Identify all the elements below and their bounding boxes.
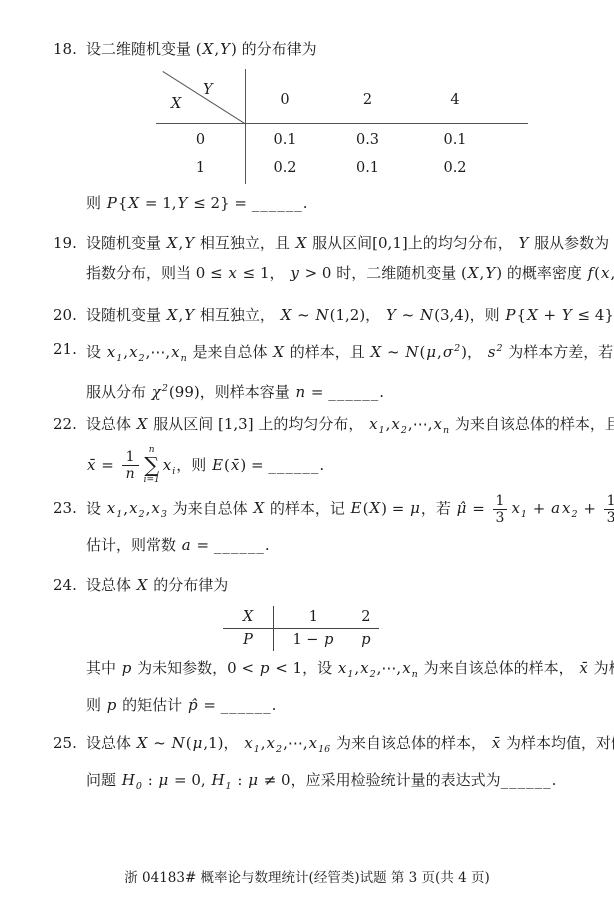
math-variable: x [106,499,116,517]
math-text: 相互独立，且 [195,234,295,252]
question-text-line: x̄ = 1nn∑i=1xi，则 E(x̄) = ______. [86,446,594,487]
math-subscript: 3 [161,509,168,520]
answer-blank: ______ [268,456,319,474]
question-item: 25.设总体 X ~ N(μ,1)， x1,x2,⋯,x16 为来自该总体的样本… [53,728,594,802]
fraction-numerator: 1 [604,493,614,509]
math-text: 设总体 [86,576,136,594]
math-variable: n [294,383,306,401]
math-variable: X [368,499,381,517]
math-subscript: 1 [379,425,386,436]
math-text: ≤ 4} = [573,306,614,324]
math-variable: X [272,343,285,361]
math-text: = [192,536,214,554]
question-number: 20. [53,300,86,330]
table-row: 10.20.10.2 [156,154,528,182]
question-text-line: 设随机变量 X,Y 相互独立， X ~ N(1,2)， Y ~ N(3,4)，则… [86,300,594,330]
math-text: 则 [86,696,106,714]
table-row: P1 − pp [223,629,379,652]
question-number: 22. [53,409,86,439]
math-text: 设 [86,499,106,517]
question-body: 设总体 X 服从区间 [1,3] 上的均匀分布， x1,x2,⋯,xn 为来自该… [86,409,594,487]
math-variable: x [170,343,180,361]
math-variable: μ [425,343,437,361]
question-body: 设 x1,x2,x3 为来自总体 X 的样本，记 E(X) = μ，若 μ̂ =… [86,493,594,561]
math-variable: p̂ [187,696,199,714]
math-text: ~ [397,306,419,324]
answer-blank: ______ [328,383,379,401]
question-body: 设随机变量 X,Y 相互独立， X ~ N(1,2)， Y ~ N(3,4)，则… [86,300,594,330]
math-text: ) 的分布律为 [231,40,317,58]
fraction-denominator: 3 [604,509,614,526]
math-text: 1 [496,493,505,509]
math-text: 为来自该总体的样本，且 [450,415,614,433]
math-variable: x [308,734,318,752]
math-variable: x [561,499,571,517]
question-item: 18.设二维随机变量 (X,Y) 的分布律为YX02400.10.30.110.… [53,34,594,218]
math-variable: Y [484,264,496,282]
math-text: 估计，则常数 [86,536,181,554]
math-variable: N [171,734,186,752]
exam-page: 18.设二维随机变量 (X,Y) 的分布律为YX02400.10.30.110.… [0,0,614,921]
math-variable: x [510,499,520,517]
question-item: 20.设随机变量 X,Y 相互独立， X ~ N(1,2)， Y ~ N(3,4… [53,300,594,330]
math-text: > 0 时，二维随机变量 ( [300,264,467,282]
probability-value-cell: 0.1 [410,126,500,154]
row-label-cell: 1 [156,154,245,182]
math-text: 1 [126,449,135,465]
math-text: (99)，则样本容量 [169,383,295,401]
math-text: 为来自总体 [168,499,253,517]
math-text: . [552,771,557,789]
question-number: 25. [53,728,86,758]
math-variable: a [550,499,561,517]
row-label-cell: 0 [156,126,245,154]
math-text: , [611,264,614,282]
math-text: ,1)， [203,734,243,752]
math-text: ，则 [176,456,211,474]
math-variable: P [504,306,516,324]
math-variable: s [487,343,497,361]
math-variable: x̄ [491,734,501,752]
math-text: . [303,194,308,212]
math-variable: E [211,456,224,474]
math-text: 的分布律为 [148,576,228,594]
table-cell: P [223,629,274,652]
probability-value-cell: 0.2 [410,154,500,182]
math-text: ) 的概率密度 [496,264,586,282]
table-horizontal-line [156,123,528,124]
math-variable: X [166,306,179,324]
question-text-line: 设 x1,x2,⋯,xn 是来自总体 X 的样本，且 X ~ N(μ,σ2)， … [86,334,594,374]
math-fraction: 1n [122,449,139,482]
math-text: ~ [292,306,314,324]
math-variable: μ̂ [456,499,468,517]
math-text: + [528,499,550,517]
math-text: = [96,456,118,474]
math-text: 为样本均值，对假设检验 [501,734,614,752]
math-subscript: 2 [139,353,146,364]
math-variable: E [350,499,363,517]
math-fraction: 13 [604,493,614,526]
math-text: 为样本均值， [589,659,614,677]
math-variable: Y [177,194,189,212]
math-text: . [265,536,270,554]
math-text: 问题 [86,771,121,789]
math-variable: H [210,771,225,789]
math-variable: p [106,696,118,714]
math-variable: P [106,194,118,212]
math-text: = [199,696,221,714]
math-text: 1 [309,609,318,625]
math-variable: P [242,632,254,648]
math-text: 为样本方差，若 [504,343,614,361]
table-header-row: 024 [156,88,528,112]
math-variable: x [337,659,347,677]
math-text: { [118,194,128,212]
math-text: ,⋯, [146,343,171,361]
math-subscript: 1 [226,781,233,792]
math-text: 则 [86,194,106,212]
math-variable: X [295,234,308,252]
question-number: 18. [53,34,86,64]
math-subscript: 2 [276,744,283,755]
math-variable: μ [158,771,170,789]
math-subscript: 16 [318,744,331,755]
probability-value-cell: 0.1 [245,126,325,154]
page-footer: 浙 04183# 概率论与数理统计(经管类)试题 第 3 页(共 4 页) [0,866,614,886]
math-text: ) = [381,499,409,517]
math-text: ，若 [421,499,456,517]
math-variable: X [202,40,215,58]
math-text: (1,2)， [330,306,385,324]
distribution-table: X12P1 − pp [223,606,379,651]
questions-list: 18.设二维随机变量 (X,Y) 的分布律为YX02400.10.30.110.… [53,34,594,802]
math-text: 是来自总体 [188,343,273,361]
question-body: 设 x1,x2,⋯,xn 是来自总体 X 的样本，且 X ~ N(μ,σ2)， … [86,334,594,407]
math-text: = [306,383,328,401]
math-superscript: 2 [496,343,503,354]
math-text: 服从参数为 1 的 [529,234,614,252]
math-text: )， [461,343,487,361]
summation: n∑i=1 [144,446,160,486]
question-text-line: 设二维随机变量 (X,Y) 的分布律为 [86,34,594,64]
table-cell: 1 [274,606,353,629]
math-text: : [143,771,158,789]
question-item: 24.设总体 X 的分布律为X12P1 − pp其中 p 为未知参数，0 < p… [53,570,594,720]
math-text: ,⋯, [377,659,402,677]
question-text-line: 服从分布 χ2(99)，则样本容量 n = ______. [86,374,594,407]
question-text-line: 估计，则常数 a = ______. [86,530,594,560]
math-variable: x [600,264,610,282]
math-text: ( [186,734,192,752]
corner-spacer [156,88,245,112]
math-text: 2 [361,609,370,625]
math-text: ≤ 1， [238,264,289,282]
math-text: 的样本，记 [265,499,350,517]
math-variable: x [432,415,442,433]
math-subscript: n [443,425,450,436]
math-variable: Y [183,234,195,252]
math-text: 服从区间[0,1]上的均匀分布， [307,234,517,252]
math-text: 服从区间 [1,3] 上的均匀分布， [148,415,368,433]
question-body: 设随机变量 X,Y 相互独立，且 X 服从区间[0,1]上的均匀分布， Y 服从… [86,228,594,288]
question-body: 设总体 X 的分布律为X12P1 − pp其中 p 为未知参数，0 < p < … [86,570,594,720]
math-fraction: 13 [493,493,508,526]
math-text: = [467,499,489,517]
math-variable: X [136,734,149,752]
math-variable: x [227,264,237,282]
math-subscript: 2 [401,425,408,436]
math-variable: y [289,264,299,282]
answer-blank: ______ [221,696,272,714]
probability-value-cell: 0.2 [245,154,325,182]
math-variable: x [162,456,172,474]
math-text: , [261,734,266,752]
question-number: 24. [53,570,86,600]
question-text-line: 设总体 X 服从区间 [1,3] 上的均匀分布， x1,x2,⋯,xn 为来自该… [86,409,594,446]
math-text: + [579,499,601,517]
math-superscript: 2 [162,383,169,394]
math-text: 的矩估计 [117,696,187,714]
math-variable: x [128,343,138,361]
math-subscript: n [181,353,188,364]
joint-distribution-table: YX02400.10.30.110.20.10.2 [156,68,528,186]
math-variable: Y [518,234,530,252]
fraction-numerator: 1 [493,493,508,509]
math-text: (3,4)，则 [434,306,504,324]
math-text: 设随机变量 [86,234,166,252]
column-header-cell: 4 [410,88,500,112]
question-text-line: 则 p 的矩估计 p̂ = ______. [86,690,594,720]
math-variable: μ [409,499,421,517]
math-text: ( [224,456,230,474]
math-text: ~ [382,343,404,361]
math-variable: x [266,734,276,752]
math-subscript: 2 [370,669,377,680]
math-text: 为未知参数，0 < [132,659,258,677]
math-text: ≤ 2} = [188,194,251,212]
column-header-cell: 2 [325,88,410,112]
fraction-denominator: 3 [493,509,508,526]
math-text: { [517,306,527,324]
math-text: 为来自该总体的样本， [331,734,491,752]
math-variable: x [368,415,378,433]
math-variable: H [121,771,136,789]
table-row: X12 [223,606,379,629]
math-text: ≠ 0，应采用检验统计量的表达式为 [259,771,501,789]
question-text-line: 其中 p 为未知参数，0 < p < 1，设 x1,x2,⋯,xn 为来自该总体… [86,653,594,690]
math-variable: Y [219,40,231,58]
answer-blank: ______ [252,194,303,212]
table-cell: X [223,606,274,629]
question-item: 19.设随机变量 X,Y 相互独立，且 X 服从区间[0,1]上的均匀分布， Y… [53,228,594,288]
math-variable: X [136,576,149,594]
math-subscript: 1 [521,509,528,520]
math-text: 设总体 [86,415,136,433]
math-text: 的样本，且 [285,343,370,361]
probability-value-cell: 0.3 [325,126,410,154]
question-text-line: 则 P{X = 1,Y ≤ 2} = ______. [86,188,594,218]
math-variable: X [252,499,265,517]
math-text: 指数分布，则当 0 ≤ [86,264,227,282]
math-text: ,⋯, [408,415,433,433]
math-text: 为来自该总体的样本， [419,659,579,677]
math-variable: p [323,632,334,648]
math-variable: n [125,466,136,482]
math-variable: Y [385,306,397,324]
math-text: 设 [86,343,106,361]
math-variable: X [467,264,480,282]
question-text-line: 指数分布，则当 0 ≤ x ≤ 1， y > 0 时，二维随机变量 (X,Y) … [86,258,594,288]
math-text: ) = [240,456,268,474]
table-cell: 2 [353,606,379,629]
table-row: 00.10.30.1 [156,126,528,154]
math-variable: μ [192,734,204,752]
question-text-line: 设总体 X 的分布律为 [86,570,594,600]
math-variable: x [401,659,411,677]
math-text: . [379,383,384,401]
math-variable: N [404,343,419,361]
math-variable: X [526,306,539,324]
math-variable: x̄ [230,456,240,474]
math-text: . [319,456,324,474]
math-variable: x [106,343,116,361]
math-variable: p [259,659,271,677]
math-variable: N [315,306,330,324]
math-text: 3 [607,510,614,526]
question-item: 21.设 x1,x2,⋯,xn 是来自总体 X 的样本，且 X ~ N(μ,σ2… [53,334,594,407]
math-variable: x [128,499,138,517]
math-text: 设二维随机变量 ( [86,40,202,58]
math-variable: x [150,499,160,517]
math-subscript: 1 [254,744,261,755]
math-text: ,⋯, [283,734,308,752]
math-variable: p [121,659,133,677]
math-variable: X [370,343,383,361]
question-text-line: 问题 H0 : μ = 0, H1 : μ ≠ 0，应采用检验统计量的表达式为_… [86,765,594,802]
sum-lower-limit: i=1 [144,476,160,486]
math-text: < 1，设 [270,659,336,677]
answer-blank: ______ [214,536,265,554]
math-text: 1 [607,493,614,509]
math-variable: x̄ [578,659,588,677]
fraction-denominator: n [122,465,139,482]
math-text: = 0, [169,771,210,789]
math-variable: σ [442,343,454,361]
table-cell: 1 − p [274,629,353,652]
math-variable: Y [183,306,195,324]
fraction-numerator: 1 [123,449,138,465]
column-header-cell: 0 [245,88,325,112]
math-text: 设总体 [86,734,136,752]
math-text: . [272,696,277,714]
math-variable: χ [151,383,162,401]
math-text: 其中 [86,659,121,677]
math-variable: Y [561,306,573,324]
math-text: 服从分布 [86,383,151,401]
question-body: 设二维随机变量 (X,Y) 的分布律为YX02400.10.30.110.20.… [86,34,594,218]
math-text: : [233,771,248,789]
probability-value-cell: 0.1 [325,154,410,182]
table-cell: p [353,629,379,652]
question-number: 21. [53,334,86,364]
math-variable: X [166,234,179,252]
math-variable: x [390,415,400,433]
math-text: 相互独立， [195,306,280,324]
question-item: 22.设总体 X 服从区间 [1,3] 上的均匀分布， x1,x2,⋯,xn 为… [53,409,594,487]
answer-blank: ______ [501,771,552,789]
math-subscript: n [412,669,419,680]
math-text: + [539,306,561,324]
math-variable: x [243,734,253,752]
sigma-icon: ∑ [144,456,159,476]
question-item: 23.设 x1,x2,x3 为来自总体 X 的样本，记 E(X) = μ，若 μ… [53,493,594,561]
question-body: 设总体 X ~ N(μ,1)， x1,x2,⋯,x16 为来自该总体的样本， x… [86,728,594,802]
question-text-line: 设 x1,x2,x3 为来自总体 X 的样本，记 E(X) = μ，若 μ̂ =… [86,493,594,531]
math-variable: X [127,194,140,212]
math-text: ~ [148,734,170,752]
math-variable: X [242,609,254,625]
math-variable: x [359,659,369,677]
math-variable: N [419,306,434,324]
math-text: 3 [496,510,505,526]
question-text-line: 设总体 X ~ N(μ,1)， x1,x2,⋯,x16 为来自该总体的样本， x… [86,728,594,765]
math-variable: p [360,632,371,648]
question-text-line: 设随机变量 X,Y 相互独立，且 X 服从区间[0,1]上的均匀分布， Y 服从… [86,228,594,258]
question-number: 23. [53,493,86,523]
question-number: 19. [53,228,86,258]
math-variable: X [136,415,149,433]
math-variable: a [181,536,192,554]
math-text: 设随机变量 [86,306,166,324]
math-variable: x̄ [86,456,96,474]
distribution-table-grid: X12P1 − pp [223,606,379,651]
math-text: 1 − [292,632,323,648]
math-variable: μ [247,771,259,789]
math-subscript: 2 [139,509,146,520]
math-subscript: 0 [136,781,143,792]
math-variable: X [280,306,293,324]
math-text: = 1, [140,194,176,212]
math-subscript: 2 [572,509,579,520]
